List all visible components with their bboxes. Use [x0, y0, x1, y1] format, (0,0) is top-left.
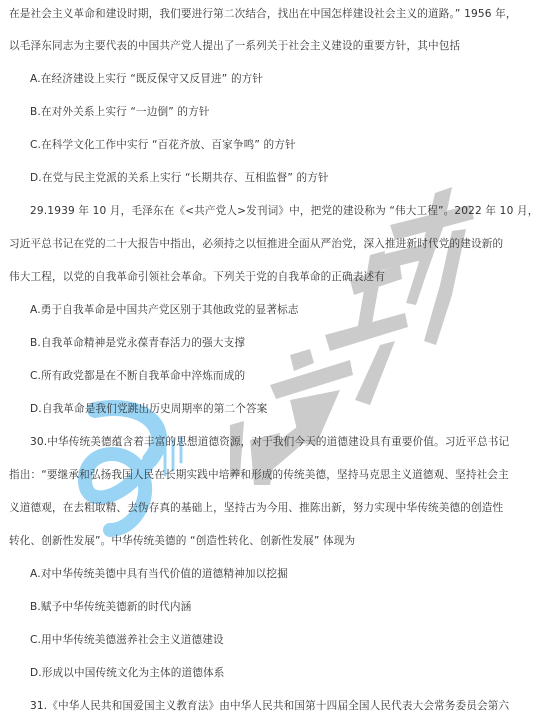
q30-line-2: 指出：“要继承和弘扬我国人民在长期实践中培养和形成的传统美德，坚持马克思主义道德… [9, 465, 544, 485]
intro-line-2: 以毛泽东同志为主要代表的中国共产党人提出了一系列关于社会主义建设的重要方针，其中… [9, 36, 544, 56]
intro-option-d: D.在党与民主党派的关系上实行 “长期共存、互相监督” 的方针 [30, 168, 544, 188]
q30-option-d: D.形成以中国传统文化为主体的道德体系 [30, 663, 544, 683]
q30-option-b: B.赋予中华传统美德新的时代内涵 [30, 597, 544, 617]
intro-option-a: A.在经济建设上实行 “既反保守又反冒进” 的方针 [30, 69, 544, 89]
document-page: 在是社会主义革命和建设时期，我们要进行第二次结合，找出在中国怎样建设社会主义的道… [0, 0, 544, 727]
q30-option-c: C.用中华传统美德滋养社会主义道德建设 [30, 630, 544, 650]
q29-line-1: 29.1939 年 10 月，毛泽东在《<共产党人>发刊词》中，把党的建设称为 … [30, 201, 544, 221]
q30-line-4: 转化、创新性发展”。中华传统美德的 “创造性转化、创新性发展” 体现为 [9, 531, 544, 551]
q30-line-1: 30.中华传统美德蕴含着丰富的思想道德资源，对于我们今天的道德建设具有重要价值。… [30, 432, 544, 452]
intro-line-1: 在是社会主义革命和建设时期，我们要进行第二次结合，找出在中国怎样建设社会主义的道… [9, 4, 544, 24]
q29-option-d: D.自我革命是我们党跳出历史周期率的第二个答案 [30, 399, 544, 419]
q29-option-c: C.所有政党都是在不断自我革命中淬炼而成的 [30, 366, 544, 386]
q30-line-3: 义道德观，在去粗取精、去伪存真的基础上，坚持古为今用、推陈出新，努力实现中华传统… [9, 498, 544, 518]
q29-line-2: 习近平总书记在党的二十大报告中指出，必须持之以恒推进全面从严治党，深入推进新时代… [9, 234, 544, 254]
q30-option-a: A.对中华传统美德中具有当代价值的道德精神加以挖掘 [30, 564, 544, 584]
q29-option-b: B.自我革命精神是党永葆青春活力的强大支撑 [30, 333, 544, 353]
q31-line-1: 31.《中华人民共和国爱国主义教育法》由中华人民共和国第十四届全国人民代表大会常… [30, 696, 544, 716]
q29-option-a: A.勇于自我革命是中国共产党区别于其他政党的显著标志 [30, 300, 544, 320]
q29-line-3: 伟大工程，以党的自我革命引领社会革命。下列关于党的自我革命的正确表述有 [9, 267, 544, 287]
intro-option-b: B.在对外关系上实行 “一边倒” 的方针 [30, 102, 544, 122]
intro-option-c: C.在科学文化工作中实行 “百花齐放、百家争鸣” 的方针 [30, 135, 544, 155]
